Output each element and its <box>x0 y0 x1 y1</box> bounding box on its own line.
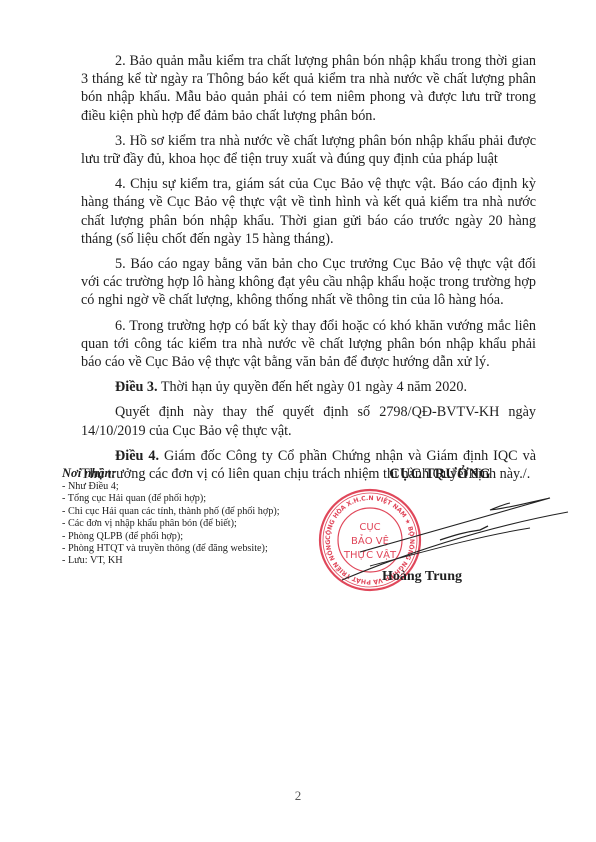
document-body: 2. Bảo quản mẫu kiểm tra chất lượng phân… <box>81 52 536 490</box>
replacement-note: Quyết định này thay thế quyết định số 27… <box>81 403 536 439</box>
recipient-item: - Tổng cục Hải quan (để phối hợp); <box>62 493 322 505</box>
signer-name: Hoàng Trung <box>382 569 462 585</box>
clause-3: 3. Hồ sơ kiểm tra nhà nước về chất lượng… <box>81 132 536 168</box>
clause-2: 2. Bảo quản mẫu kiểm tra chất lượng phân… <box>81 52 536 125</box>
recipient-item: - Chi cục Hải quan các tỉnh, thành phố (… <box>62 506 322 518</box>
article-3: Điều 3. Thời hạn ủy quyền đến hết ngày 0… <box>81 378 536 396</box>
page-number: 2 <box>0 788 596 804</box>
document-page: 2. Bảo quản mẫu kiểm tra chất lượng phân… <box>0 0 596 842</box>
recipient-item: - Lưu: VT, KH <box>62 555 322 567</box>
clause-5: 5. Báo cáo ngay bằng văn bản cho Cục trư… <box>81 255 536 310</box>
recipients-title: Nơi nhận: <box>62 466 322 481</box>
recipients-block: Nơi nhận: - Như Điều 4; - Tổng cục Hải q… <box>62 466 322 568</box>
recipient-item: - Phòng HTQT và truyền thông (để đăng we… <box>62 543 322 555</box>
article-3-label: Điều 3. <box>115 379 158 395</box>
clause-6: 6. Trong trường hợp có bất kỳ thay đổi h… <box>81 317 536 372</box>
article-4-label: Điều 4. <box>115 448 159 464</box>
article-3-text: Thời hạn ủy quyền đến hết ngày 01 ngày 4… <box>158 379 467 395</box>
recipient-item: - Phòng QLPB (để phối hợp); <box>62 531 322 543</box>
recipient-item: - Như Điều 4; <box>62 481 322 493</box>
clause-4: 4. Chịu sự kiểm tra, giám sát của Cục Bả… <box>81 175 536 248</box>
recipient-item: - Các đơn vị nhập khẩu phân bón (để biết… <box>62 518 322 530</box>
